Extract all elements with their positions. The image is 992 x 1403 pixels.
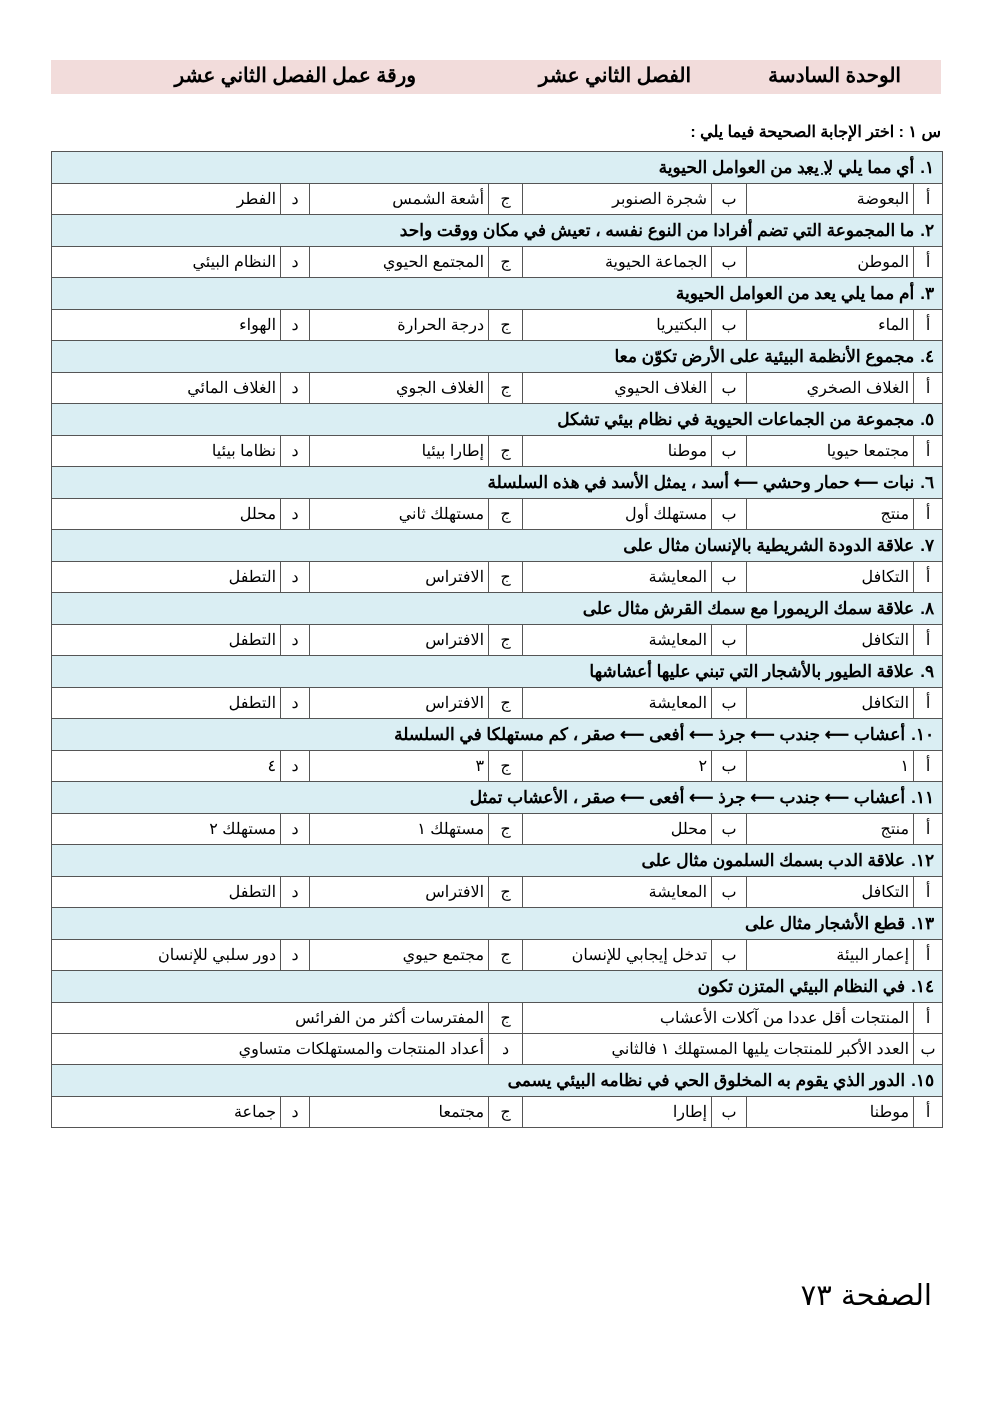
- option-letter-a: أ: [914, 625, 943, 656]
- option-letter-a: أ: [914, 247, 943, 278]
- option-letter-b: ب: [712, 310, 747, 341]
- question-row: ٤.مجموع الأنظمة البيئية على الأرض تكوّن …: [52, 341, 943, 373]
- option-letter-d: د: [281, 1097, 310, 1128]
- answer-row: أالموطنبالجماعة الحيويةجالمجتمع الحيويدا…: [52, 247, 943, 278]
- question-label: ما المجموعة التي تضم أفرادا من النوع نفس…: [400, 221, 914, 240]
- question-number: ٣.: [920, 284, 934, 303]
- option-letter-c: ج: [489, 1097, 523, 1128]
- option-c[interactable]: أشعة الشمس: [310, 184, 489, 215]
- option-b[interactable]: شجرة الصنوبر: [523, 184, 712, 215]
- question-row: ١٥.الدور الذي يقوم به المخلوق الحي في نظ…: [52, 1065, 943, 1097]
- option-c[interactable]: مستهلك ثاني: [310, 499, 489, 530]
- option-d[interactable]: نظاما بيئيا: [52, 436, 281, 467]
- question-label: مجموعة من الجماعات الحيوية في نظام بيئي …: [557, 410, 914, 429]
- answer-row: أ١ب٢ج٣د٤: [52, 751, 943, 782]
- option-letter-b: ب: [914, 1034, 943, 1065]
- question-label: الدور الذي يقوم به المخلوق الحي في نظامه…: [508, 1071, 905, 1090]
- question-label: أم مما يلي يعد من العوامل الحيوية: [676, 284, 914, 303]
- question-row: ٥.مجموعة من الجماعات الحيوية في نظام بيئ…: [52, 404, 943, 436]
- question-number: ١.: [920, 158, 934, 177]
- option-d[interactable]: محلل: [52, 499, 281, 530]
- answer-row: أالغلاف الصخريبالغلاف الحيويجالغلاف الجو…: [52, 373, 943, 404]
- question-text: ١٤.في النظام البيئي المتزن تكون: [52, 971, 943, 1003]
- option-letter-a: أ: [914, 751, 943, 782]
- option-letter-b: ب: [712, 751, 747, 782]
- option-letter-a: أ: [914, 562, 943, 593]
- option-letter-d: د: [489, 1034, 523, 1065]
- question-text: ٤.مجموع الأنظمة البيئية على الأرض تكوّن …: [52, 341, 943, 373]
- option-letter-b: ب: [712, 247, 747, 278]
- question-number: ٥.: [920, 410, 934, 429]
- answer-row: أالتكافلبالمعايشةجالافتراسدالتطفل: [52, 877, 943, 908]
- option-a[interactable]: إعمار البيئة: [747, 940, 914, 971]
- question-text: ٢.ما المجموعة التي تضم أفرادا من النوع ن…: [52, 215, 943, 247]
- answer-row: أالمنتجات أقل عددا من آكلات الأعشابجالمف…: [52, 1003, 943, 1034]
- option-letter-a: أ: [914, 310, 943, 341]
- option-c[interactable]: مجتمعا: [310, 1097, 489, 1128]
- option-letter-d: د: [281, 184, 310, 215]
- option-letter-d: د: [281, 940, 310, 971]
- option-letter-b: ب: [712, 625, 747, 656]
- option-letter-b: ب: [712, 373, 747, 404]
- option-c[interactable]: الافتراس: [310, 625, 489, 656]
- option-a[interactable]: البعوضة: [747, 184, 914, 215]
- option-c[interactable]: المجتمع الحيوي: [310, 247, 489, 278]
- question-number: ٤.: [920, 347, 934, 366]
- option-letter-d: د: [281, 247, 310, 278]
- question-text: ١١.أعشاب ⟵ جندب ⟵ جرذ ⟵ أفعى ⟵ صقر ، الأ…: [52, 782, 943, 814]
- option-d[interactable]: التطفل: [52, 562, 281, 593]
- question-row: ٦.نبات ⟵ حمار وحشي ⟵ أسد ، يمثل الأسد في…: [52, 467, 943, 499]
- option-a[interactable]: منتج: [747, 814, 914, 845]
- option-c[interactable]: الغلاف الجوي: [310, 373, 489, 404]
- question-row: ١.أي مما يلي لا يعد من العوامل الحيوية: [52, 152, 943, 184]
- option-b[interactable]: ٢: [523, 751, 712, 782]
- option-a[interactable]: ١: [747, 751, 914, 782]
- question-row: ٨.علاقة سمك الريمورا مع سمك القرش مثال ع…: [52, 593, 943, 625]
- option-a[interactable]: التكافل: [747, 625, 914, 656]
- option-a[interactable]: موطنا: [747, 1097, 914, 1128]
- question-row: ٧.علاقة الدودة الشريطية بالإنسان مثال عل…: [52, 530, 943, 562]
- question-number: ١٣.: [911, 914, 934, 933]
- question-number: ٧.: [920, 536, 934, 555]
- option-c[interactable]: الافتراس: [310, 877, 489, 908]
- question-row: ٢.ما المجموعة التي تضم أفرادا من النوع ن…: [52, 215, 943, 247]
- option-a[interactable]: التكافل: [747, 688, 914, 719]
- option-letter-b: ب: [712, 436, 747, 467]
- question-number: ٢.: [920, 221, 934, 240]
- option-c[interactable]: المفترسات أكثر من الفرائس: [52, 1003, 489, 1034]
- option-letter-d: د: [281, 310, 310, 341]
- option-d[interactable]: الغلاف المائي: [52, 373, 281, 404]
- question-text: ١٥.الدور الذي يقوم به المخلوق الحي في نظ…: [52, 1065, 943, 1097]
- option-d[interactable]: التطفل: [52, 688, 281, 719]
- question-number: ١١.: [911, 788, 934, 807]
- option-d[interactable]: مستهلك ٢: [52, 814, 281, 845]
- question-text-ul: لا يعد: [797, 158, 833, 177]
- option-b[interactable]: الغلاف الحيوي: [523, 373, 712, 404]
- question-label: علاقة الدودة الشريطية بالإنسان مثال على: [623, 536, 914, 555]
- option-letter-c: ج: [489, 1003, 523, 1034]
- option-letter-c: ج: [489, 877, 523, 908]
- option-letter-a: أ: [914, 499, 943, 530]
- question-label: أعشاب ⟵ جندب ⟵ جرذ ⟵ أفعى ⟵ صقر ، الأعشا…: [470, 788, 905, 807]
- question-text: ١٠.أعشاب ⟵ جندب ⟵ جرذ ⟵ أفعى ⟵ صقر ، كم …: [52, 719, 943, 751]
- option-letter-d: د: [281, 688, 310, 719]
- option-a[interactable]: الموطن: [747, 247, 914, 278]
- option-letter-a: أ: [914, 814, 943, 845]
- option-letter-d: د: [281, 877, 310, 908]
- option-letter-b: ب: [712, 562, 747, 593]
- question-text: ١٣.قطع الأشجار مثال على: [52, 908, 943, 940]
- question-label: مجموع الأنظمة البيئية على الأرض تكوّن مع…: [614, 347, 914, 366]
- option-b[interactable]: محلل: [523, 814, 712, 845]
- option-letter-a: أ: [914, 373, 943, 404]
- question-row: ٩.علاقة الطيور بالأشجار التي تبني عليها …: [52, 656, 943, 688]
- option-letter-c: ج: [489, 310, 523, 341]
- option-d[interactable]: التطفل: [52, 625, 281, 656]
- question-label: نبات ⟵ حمار وحشي ⟵ أسد ، يمثل الأسد في ه…: [487, 473, 914, 492]
- question-label: علاقة سمك الريمورا مع سمك القرش مثال على: [583, 599, 914, 618]
- option-b[interactable]: موطنا: [523, 436, 712, 467]
- answer-row: أالتكافلبالمعايشةجالافتراسدالتطفل: [52, 562, 943, 593]
- question-number: ١٤.: [911, 977, 934, 996]
- option-b[interactable]: إطارا: [523, 1097, 712, 1128]
- option-letter-b: ب: [712, 688, 747, 719]
- option-b[interactable]: المعايشة: [523, 625, 712, 656]
- option-d[interactable]: الهواء: [52, 310, 281, 341]
- option-b[interactable]: المعايشة: [523, 877, 712, 908]
- title-band: الوحدة السادسة الفصل الثاني عشر ورقة عمل…: [51, 60, 941, 94]
- question-label: أعشاب ⟵ جندب ⟵ جرذ ⟵ أفعى ⟵ صقر ، كم مست…: [394, 725, 905, 744]
- quiz-table: ١.أي مما يلي لا يعد من العوامل الحيويةأا…: [51, 151, 943, 1128]
- question-row: ١٠.أعشاب ⟵ جندب ⟵ جرذ ⟵ أفعى ⟵ صقر ، كم …: [52, 719, 943, 751]
- question-row: ١١.أعشاب ⟵ جندب ⟵ جرذ ⟵ أفعى ⟵ صقر ، الأ…: [52, 782, 943, 814]
- option-letter-c: ج: [489, 373, 523, 404]
- option-letter-b: ب: [712, 877, 747, 908]
- option-letter-d: د: [281, 373, 310, 404]
- option-letter-c: ج: [489, 940, 523, 971]
- option-letter-d: د: [281, 436, 310, 467]
- option-b[interactable]: مستهلك أول: [523, 499, 712, 530]
- page-number: الصفحة ٧٣: [801, 1278, 932, 1312]
- question-number: ١٢.: [911, 851, 934, 870]
- question-instruction: س ١ : اختر الإجابة الصحيحة فيما يلي :: [690, 122, 941, 142]
- option-letter-d: د: [281, 625, 310, 656]
- option-letter-b: ب: [712, 814, 747, 845]
- answer-row: بالعدد الأكبر للمنتجات يليها المستهلك ١ …: [52, 1034, 943, 1065]
- option-d[interactable]: جماعة: [52, 1097, 281, 1128]
- answer-row: أالتكافلبالمعايشةجالافتراسدالتطفل: [52, 688, 943, 719]
- question-text: ١.أي مما يلي لا يعد من العوامل الحيوية: [52, 152, 943, 184]
- option-letter-d: د: [281, 814, 310, 845]
- option-d[interactable]: أعداد المنتجات والمستهلكات متساوي: [52, 1034, 489, 1065]
- answer-row: أالتكافلبالمعايشةجالافتراسدالتطفل: [52, 625, 943, 656]
- option-d[interactable]: التطفل: [52, 877, 281, 908]
- option-d[interactable]: النظام البيئي: [52, 247, 281, 278]
- answer-row: أمنتجبمحللجمستهلك ١دمستهلك ٢: [52, 814, 943, 845]
- unit-title: الوحدة السادسة: [768, 63, 901, 88]
- option-letter-b: ب: [712, 1097, 747, 1128]
- option-letter-b: ب: [712, 940, 747, 971]
- option-letter-c: ج: [489, 625, 523, 656]
- option-letter-c: ج: [489, 436, 523, 467]
- option-letter-d: د: [281, 499, 310, 530]
- option-a[interactable]: التكافل: [747, 562, 914, 593]
- answer-row: أمنتجبمستهلك أولجمستهلك ثانيدمحلل: [52, 499, 943, 530]
- question-number: ١٠.: [911, 725, 934, 744]
- option-a[interactable]: التكافل: [747, 877, 914, 908]
- option-letter-c: ج: [489, 751, 523, 782]
- question-text: ٨.علاقة سمك الريمورا مع سمك القرش مثال ع…: [52, 593, 943, 625]
- option-b[interactable]: البكتيريا: [523, 310, 712, 341]
- option-letter-a: أ: [914, 1003, 943, 1034]
- question-label: قطع الأشجار مثال على: [745, 914, 905, 933]
- option-a[interactable]: الغلاف الصخري: [747, 373, 914, 404]
- question-row: ١٢.علاقة الدب بسمك السلمون مثال على: [52, 845, 943, 877]
- option-c[interactable]: مستهلك ١: [310, 814, 489, 845]
- question-label: علاقة الطيور بالأشجار التي تبني عليها أع…: [589, 662, 914, 681]
- question-text: ١٢.علاقة الدب بسمك السلمون مثال على: [52, 845, 943, 877]
- option-a[interactable]: الماء: [747, 310, 914, 341]
- question-text: ٥.مجموعة من الجماعات الحيوية في نظام بيئ…: [52, 404, 943, 436]
- option-letter-b: ب: [712, 499, 747, 530]
- option-c[interactable]: إطارا بيئيا: [310, 436, 489, 467]
- question-number: ٦.: [920, 473, 934, 492]
- option-letter-b: ب: [712, 184, 747, 215]
- question-text: ٣.أم مما يلي يعد من العوامل الحيوية: [52, 278, 943, 310]
- question-text: ٦.نبات ⟵ حمار وحشي ⟵ أسد ، يمثل الأسد في…: [52, 467, 943, 499]
- option-letter-a: أ: [914, 877, 943, 908]
- option-b[interactable]: تدخل إيجابي للإنسان: [523, 940, 712, 971]
- option-letter-a: أ: [914, 1097, 943, 1128]
- question-row: ١٤.في النظام البيئي المتزن تكون: [52, 971, 943, 1003]
- answer-row: أالماءبالبكتيرياجدرجة الحرارةدالهواء: [52, 310, 943, 341]
- option-letter-a: أ: [914, 940, 943, 971]
- question-number: ٩.: [920, 662, 934, 681]
- question-row: ١٣.قطع الأشجار مثال على: [52, 908, 943, 940]
- answer-row: أمجتمعا حيويابموطناجإطارا بيئيادنظاما بي…: [52, 436, 943, 467]
- chapter-title: الفصل الثاني عشر: [539, 63, 691, 88]
- question-text: ٧.علاقة الدودة الشريطية بالإنسان مثال عل…: [52, 530, 943, 562]
- question-number: ١٥.: [911, 1071, 934, 1090]
- option-letter-c: ج: [489, 499, 523, 530]
- option-letter-a: أ: [914, 688, 943, 719]
- option-letter-c: ج: [489, 184, 523, 215]
- option-a[interactable]: مجتمعا حيويا: [747, 436, 914, 467]
- question-text-pre: أي مما يلي: [833, 158, 914, 177]
- option-letter-c: ج: [489, 247, 523, 278]
- option-b[interactable]: المعايشة: [523, 562, 712, 593]
- option-letter-c: ج: [489, 688, 523, 719]
- question-row: ٣.أم مما يلي يعد من العوامل الحيوية: [52, 278, 943, 310]
- option-a[interactable]: المنتجات أقل عددا من آكلات الأعشاب: [523, 1003, 914, 1034]
- option-letter-a: أ: [914, 184, 943, 215]
- question-label: علاقة الدب بسمك السلمون مثال على: [642, 851, 906, 870]
- question-label: في النظام البيئي المتزن تكون: [698, 977, 905, 996]
- option-c[interactable]: الافتراس: [310, 562, 489, 593]
- answer-row: أالبعوضةبشجرة الصنوبرجأشعة الشمسدالفطر: [52, 184, 943, 215]
- answer-row: أإعمار البيئةبتدخل إيجابي للإنسانجمجتمع …: [52, 940, 943, 971]
- option-a[interactable]: منتج: [747, 499, 914, 530]
- answer-row: أموطنابإطاراجمجتمعادجماعة: [52, 1097, 943, 1128]
- option-letter-d: د: [281, 562, 310, 593]
- option-b[interactable]: العدد الأكبر للمنتجات يليها المستهلك ١ ف…: [523, 1034, 914, 1065]
- question-number: ٨.: [920, 599, 934, 618]
- option-c[interactable]: ٣: [310, 751, 489, 782]
- option-d[interactable]: ٤: [52, 751, 281, 782]
- option-b[interactable]: الجماعة الحيوية: [523, 247, 712, 278]
- option-d[interactable]: الفطر: [52, 184, 281, 215]
- option-letter-c: ج: [489, 562, 523, 593]
- option-b[interactable]: المعايشة: [523, 688, 712, 719]
- option-letter-d: د: [281, 751, 310, 782]
- question-text: ٩.علاقة الطيور بالأشجار التي تبني عليها …: [52, 656, 943, 688]
- option-d[interactable]: دور سلبي للإنسان: [52, 940, 281, 971]
- option-c[interactable]: درجة الحرارة: [310, 310, 489, 341]
- question-text-post: من العوامل الحيوية: [659, 158, 797, 177]
- option-c[interactable]: الافتراس: [310, 688, 489, 719]
- option-c[interactable]: مجتمع حيوي: [310, 940, 489, 971]
- option-letter-c: ج: [489, 814, 523, 845]
- option-letter-a: أ: [914, 436, 943, 467]
- worksheet-title: ورقة عمل الفصل الثاني عشر: [174, 63, 416, 88]
